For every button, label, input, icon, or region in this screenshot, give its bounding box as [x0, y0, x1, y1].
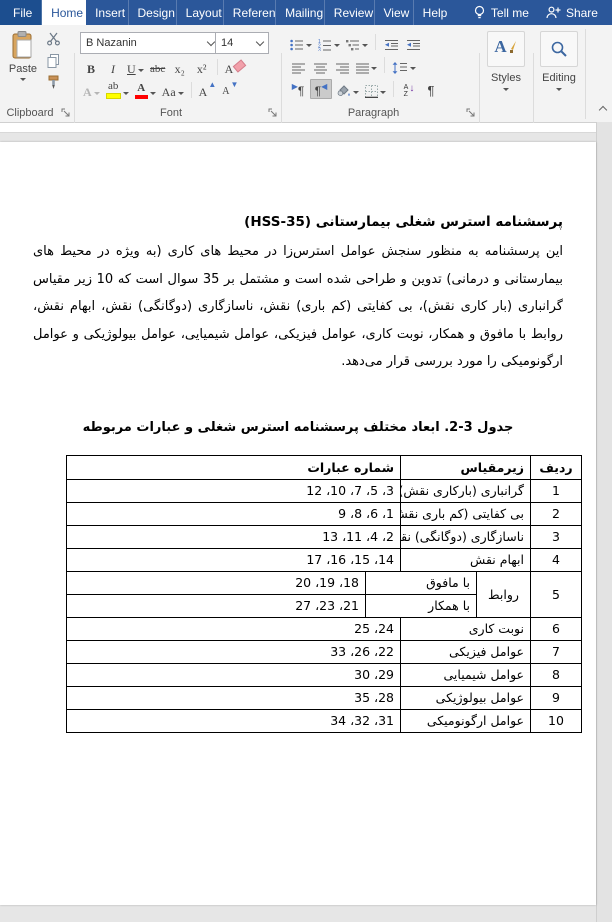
align-right-button[interactable]: [332, 56, 352, 74]
cell-row-number[interactable]: 6: [531, 617, 582, 640]
header-subscale[interactable]: زیرمقیاس: [400, 455, 530, 479]
tab-home[interactable]: Home: [42, 0, 86, 25]
align-center-button[interactable]: [310, 56, 330, 74]
tab-view[interactable]: View: [375, 0, 414, 25]
font-group: B Nazanin 14 B I U abc x₂ x² A: [75, 25, 281, 122]
font-color-button[interactable]: A: [133, 81, 158, 99]
separator: [393, 81, 394, 97]
table-row: 3 ناسازگاری (دوگانگی) نقش 2، 4، 11، 13: [66, 525, 581, 548]
tab-mailings[interactable]: Mailing: [276, 0, 325, 25]
separator: [384, 57, 385, 73]
styles-label: Styles: [491, 72, 521, 84]
chevron-down-icon: [207, 37, 215, 45]
cell-row-number[interactable]: 8: [531, 663, 582, 686]
editing-dropdown-arrow: [556, 88, 562, 91]
styles-button[interactable]: A Styles: [487, 31, 525, 109]
paragraph-dialog-launcher[interactable]: [466, 108, 476, 118]
chevron-up-icon: [599, 106, 607, 114]
bold-button[interactable]: B: [81, 58, 101, 76]
sort-button[interactable]: AZ ↓: [399, 80, 419, 98]
cell-subscale[interactable]: عوامل بیولوژیکی: [400, 686, 530, 709]
shading-dropdown-arrow: [353, 91, 359, 94]
cut-button[interactable]: [46, 31, 61, 46]
shading-button[interactable]: [334, 80, 361, 98]
separator: [217, 59, 218, 75]
copy-icon: [46, 53, 61, 68]
cut-scissors-icon: [46, 31, 61, 46]
font-size-combobox[interactable]: 14: [215, 32, 269, 54]
cell-subscale[interactable]: عوامل فیزیکی: [400, 640, 530, 663]
format-painter-brush-icon: [46, 75, 61, 90]
italic-button[interactable]: I: [103, 58, 123, 76]
tab-help[interactable]: Help: [414, 0, 451, 25]
cell-row-number[interactable]: 1: [531, 479, 582, 502]
collapse-ribbon-button[interactable]: [600, 104, 606, 116]
rtl-arrow-icon: ◀: [321, 80, 327, 94]
styles-dropdown-arrow: [503, 88, 509, 91]
decrease-indent-button[interactable]: [381, 33, 401, 51]
share-button[interactable]: Share: [537, 0, 606, 25]
multilevel-dropdown-arrow: [362, 44, 368, 47]
increase-indent-button[interactable]: [403, 33, 423, 51]
tab-design[interactable]: Design: [129, 0, 177, 25]
document-title: پرسشنامه استرس شغلی بیمارستانی (HSS-35): [33, 214, 563, 230]
highlight-color-button[interactable]: ab: [104, 81, 131, 99]
lightbulb-icon: [473, 5, 486, 20]
font-color-icon: A: [135, 81, 148, 99]
clipboard-group-label: Clipboard: [0, 107, 60, 119]
superscript-button[interactable]: x²: [192, 58, 212, 76]
ribbon-tab-bar: File Home Insert Design Layout Referen M…: [0, 0, 612, 25]
cell-row-number[interactable]: 5: [531, 571, 582, 617]
tell-me-label: Tell me: [491, 6, 529, 20]
cell-items[interactable]: 2، 4، 11، 13: [66, 525, 400, 548]
cell-items[interactable]: 22، 26، 33: [66, 640, 400, 663]
cell-items[interactable]: 24، 25: [66, 617, 400, 640]
table-row: 10 عوامل ارگونومیکی 31، 32، 34: [66, 709, 581, 732]
change-case-label: Aa: [162, 85, 176, 99]
line-spacing-dropdown-arrow: [410, 67, 416, 70]
svg-text:3: 3: [318, 48, 321, 52]
paste-dropdown-arrow: [20, 78, 26, 81]
font-dialog-launcher[interactable]: [268, 108, 278, 118]
font-name-combobox[interactable]: B Nazanin: [80, 32, 220, 54]
justify-dropdown-arrow: [371, 67, 377, 70]
ltr-direction-button[interactable]: ▶¶: [288, 80, 308, 98]
line-spacing-icon: [392, 62, 408, 74]
sort-az-icon: AZ: [404, 85, 409, 98]
cell-items[interactable]: 18، 19، 20: [66, 571, 365, 594]
text-effects-label: A: [83, 85, 92, 99]
align-left-button[interactable]: [288, 56, 308, 74]
cell-row-number[interactable]: 2: [531, 502, 582, 525]
numbering-icon: 123: [318, 39, 332, 51]
cell-subscale[interactable]: گرانباری (بارکاری نقش): [400, 479, 530, 502]
tab-layout[interactable]: Layout: [177, 0, 224, 25]
paragraph-group-label: Paragraph: [282, 107, 465, 119]
tab-references[interactable]: Referen: [224, 0, 276, 25]
cell-row-number[interactable]: 10: [531, 709, 582, 732]
align-left-icon: [292, 63, 305, 74]
styles-icon: A: [487, 31, 525, 67]
ribbon: Paste Clipboard: [0, 25, 612, 123]
table-row: 8 عوامل شیمیایی 29، 30: [66, 663, 581, 686]
document-page[interactable]: پرسشنامه استرس شغلی بیمارستانی (HSS-35) …: [0, 142, 596, 905]
header-row-number[interactable]: ردیف: [531, 455, 582, 479]
paint-bucket-icon: [336, 85, 351, 98]
table-row: 6 نوبت کاری 24، 25: [66, 617, 581, 640]
cell-subscale[interactable]: عوامل شیمیایی: [400, 663, 530, 686]
borders-icon: [365, 85, 378, 98]
change-case-button[interactable]: Aa: [160, 81, 186, 99]
underline-label: U: [127, 62, 136, 76]
borders-button[interactable]: [363, 80, 388, 98]
tell-me-button[interactable]: Tell me: [465, 0, 537, 25]
underline-button[interactable]: U: [125, 58, 146, 76]
font-group-label: Font: [75, 107, 267, 119]
table-row: 5 روابط با مافوق 18، 19، 20: [66, 571, 581, 594]
cell-items[interactable]: 28، 35: [66, 686, 400, 709]
cell-subscale[interactable]: ابهام نقش: [400, 548, 530, 571]
justify-button[interactable]: [354, 56, 379, 74]
clear-formatting-label: A: [225, 62, 234, 76]
shrink-arrow-icon: ▼: [231, 78, 239, 92]
highlight-dropdown-arrow: [123, 92, 129, 95]
table-caption: جدول 3-2. ابعاد مختلف پرسشنامه استرس شغل…: [33, 420, 563, 435]
header-item-numbers[interactable]: شماره عبارات: [66, 455, 400, 479]
show-paragraph-marks-button[interactable]: ¶: [421, 80, 441, 98]
copy-button[interactable]: [46, 53, 61, 68]
separator: [191, 82, 192, 98]
change-case-dropdown-arrow: [178, 92, 184, 95]
editing-find-icon: [540, 31, 578, 67]
cell-row-number[interactable]: 7: [531, 640, 582, 663]
cell-subscale[interactable]: عوامل ارگونومیکی: [400, 709, 530, 732]
text-effects-button[interactable]: A: [81, 81, 102, 99]
document-content: پرسشنامه استرس شغلی بیمارستانی (HSS-35) …: [0, 142, 596, 733]
cell-items[interactable]: 31، 32، 34: [66, 709, 400, 732]
align-right-icon: [336, 63, 349, 74]
share-person-icon: [545, 5, 561, 20]
cell-items[interactable]: 1، 6، 8، 9: [66, 502, 400, 525]
paragraph-group: 123: [282, 25, 479, 122]
table-row: 1 گرانباری (بارکاری نقش) 3، 5، 7، 10، 12: [66, 479, 581, 502]
text-effects-dropdown-arrow: [94, 92, 100, 95]
numbering-button[interactable]: 123: [316, 33, 342, 51]
chevron-down-icon: [256, 37, 264, 45]
stress-scale-table: ردیف زیرمقیاس شماره عبارات 1 گرانباری (ب…: [66, 455, 582, 733]
paste-clipboard-icon: [10, 30, 36, 60]
document-paragraph: این پرسشنامه به منظور سنجش عوامل استرس‌ز…: [33, 238, 563, 376]
clear-formatting-button[interactable]: A: [223, 58, 248, 76]
cell-row-number[interactable]: 9: [531, 686, 582, 709]
justify-icon: [356, 63, 369, 74]
grow-font-button[interactable]: A▲: [197, 81, 219, 99]
clipboard-group: Paste Clipboard: [0, 25, 74, 122]
align-center-icon: [314, 63, 327, 74]
tab-insert[interactable]: Insert: [86, 0, 128, 25]
font-size-value: 14: [221, 37, 233, 49]
table-row: 7 عوامل فیزیکی 22، 26، 33: [66, 640, 581, 663]
numbering-dropdown-arrow: [334, 44, 340, 47]
vertical-scrollbar[interactable]: [596, 122, 612, 922]
cell-sub-label[interactable]: با همکار: [365, 594, 476, 617]
cell-items[interactable]: 21، 23، 27: [66, 594, 365, 617]
styles-group: A Styles: [480, 25, 533, 122]
font-color-dropdown-arrow: [150, 92, 156, 95]
table-row: 2 بی کفایتی (کم باری نقش) 1، 6، 8، 9: [66, 502, 581, 525]
shrink-font-button[interactable]: A▼: [220, 81, 240, 99]
borders-dropdown-arrow: [380, 91, 386, 94]
word-window: File Home Insert Design Layout Referen M…: [0, 0, 612, 922]
strikethrough-button[interactable]: abc: [148, 58, 168, 76]
editing-button[interactable]: Editing: [540, 31, 578, 109]
clipboard-dialog-launcher[interactable]: [61, 108, 71, 118]
multilevel-list-button[interactable]: [344, 33, 370, 51]
tab-review[interactable]: Review: [325, 0, 375, 25]
sort-arrow-icon: ↓: [409, 82, 414, 96]
separator: [375, 34, 376, 50]
ruler-strip: [0, 123, 596, 133]
cell-subscale[interactable]: بی کفایتی (کم باری نقش): [400, 502, 530, 525]
editing-label: Editing: [542, 72, 576, 84]
bullets-icon: [290, 39, 304, 51]
cell-sub-label[interactable]: با مافوق: [365, 571, 476, 594]
editing-group: Editing: [534, 25, 585, 122]
format-painter-button[interactable]: [46, 75, 61, 90]
table-row: 4 ابهام نقش 14، 15، 16، 17: [66, 548, 581, 571]
cell-items[interactable]: 3، 5، 7، 10، 12: [66, 479, 400, 502]
multilevel-list-icon: [346, 39, 360, 51]
grow-arrow-icon: ▲: [208, 78, 216, 92]
cell-row-number[interactable]: 3: [531, 525, 582, 548]
line-spacing-button[interactable]: [390, 56, 418, 74]
paste-button[interactable]: Paste: [4, 30, 42, 104]
decrease-indent-icon: [384, 39, 399, 51]
table-row: 9 عوامل بیولوژیکی 28، 35: [66, 686, 581, 709]
cell-subscale[interactable]: روابط: [477, 571, 531, 617]
cell-items[interactable]: 29، 30: [66, 663, 400, 686]
table-header-row: ردیف زیرمقیاس شماره عبارات: [66, 455, 581, 479]
group-separator: [585, 29, 586, 119]
paste-label: Paste: [9, 63, 37, 75]
underline-dropdown-arrow: [138, 69, 144, 72]
eraser-icon: [233, 59, 247, 72]
cell-items[interactable]: 14، 15، 16، 17: [66, 548, 400, 571]
highlight-icon: ab: [106, 79, 121, 99]
bullets-button[interactable]: [288, 33, 314, 51]
bullets-dropdown-arrow: [306, 44, 312, 47]
rtl-direction-button[interactable]: ¶◀: [310, 79, 332, 99]
subscript-button[interactable]: x₂: [170, 58, 190, 76]
font-name-value: B Nazanin: [86, 37, 137, 49]
cell-subscale[interactable]: ناسازگاری (دوگانگی) نقش: [400, 525, 530, 548]
share-label: Share: [566, 6, 598, 20]
increase-indent-icon: [406, 39, 421, 51]
cell-row-number[interactable]: 4: [531, 548, 582, 571]
cell-subscale[interactable]: نوبت کاری: [400, 617, 530, 640]
tab-file[interactable]: File: [0, 0, 42, 25]
ltr-pilcrow: ¶: [298, 84, 304, 98]
